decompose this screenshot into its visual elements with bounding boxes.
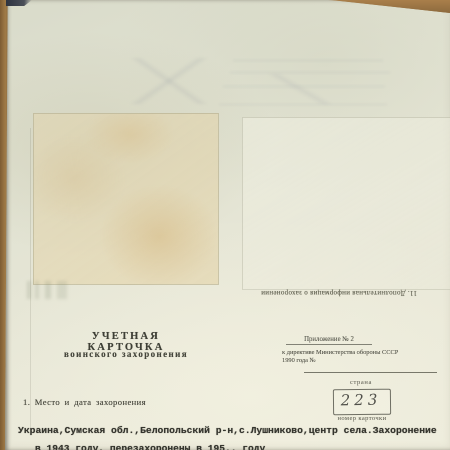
burial-location-line-1: Украина,Сумская обл.,Белопольский р-н,с.…	[18, 425, 450, 436]
scanned-document-photo: 11. Дополнительная информация о захороне…	[0, 0, 450, 450]
bleedthrough-scribble	[245, 74, 355, 104]
country-label: страна	[327, 379, 395, 386]
bleedthrough-line	[233, 60, 383, 61]
appendix-year-line: 1990 года №	[282, 357, 402, 364]
card-number-label: номер карточки	[325, 415, 399, 422]
burial-location-line-2-partial: в 1943 году, перезахоронены в 195.. году	[35, 443, 435, 450]
faded-stamp-smudge	[27, 281, 113, 299]
card-number-handwritten: 223	[333, 391, 389, 410]
appendix-heading: Приложение № 2	[286, 336, 372, 345]
registration-card-paper: 11. Дополнительная информация о захороне…	[5, 0, 450, 450]
section-11-inverted-caption: 11. Дополнительная информация о захороне…	[235, 289, 417, 297]
paper-fold-line	[30, 128, 31, 428]
bleedthrough-line	[219, 104, 387, 105]
bleedthrough-scribble	[109, 58, 229, 104]
stained-page-impression	[33, 113, 219, 285]
page-impression	[242, 117, 450, 290]
card-subtitle: воинского захоронения	[57, 349, 195, 359]
appendix-rule-line	[304, 372, 437, 373]
appendix-directive-line: к директиве Министерства обороны СССР	[282, 349, 442, 356]
section-1-label: 1. Место и дата захоронения	[23, 397, 223, 407]
bleedthrough-line	[230, 72, 390, 73]
